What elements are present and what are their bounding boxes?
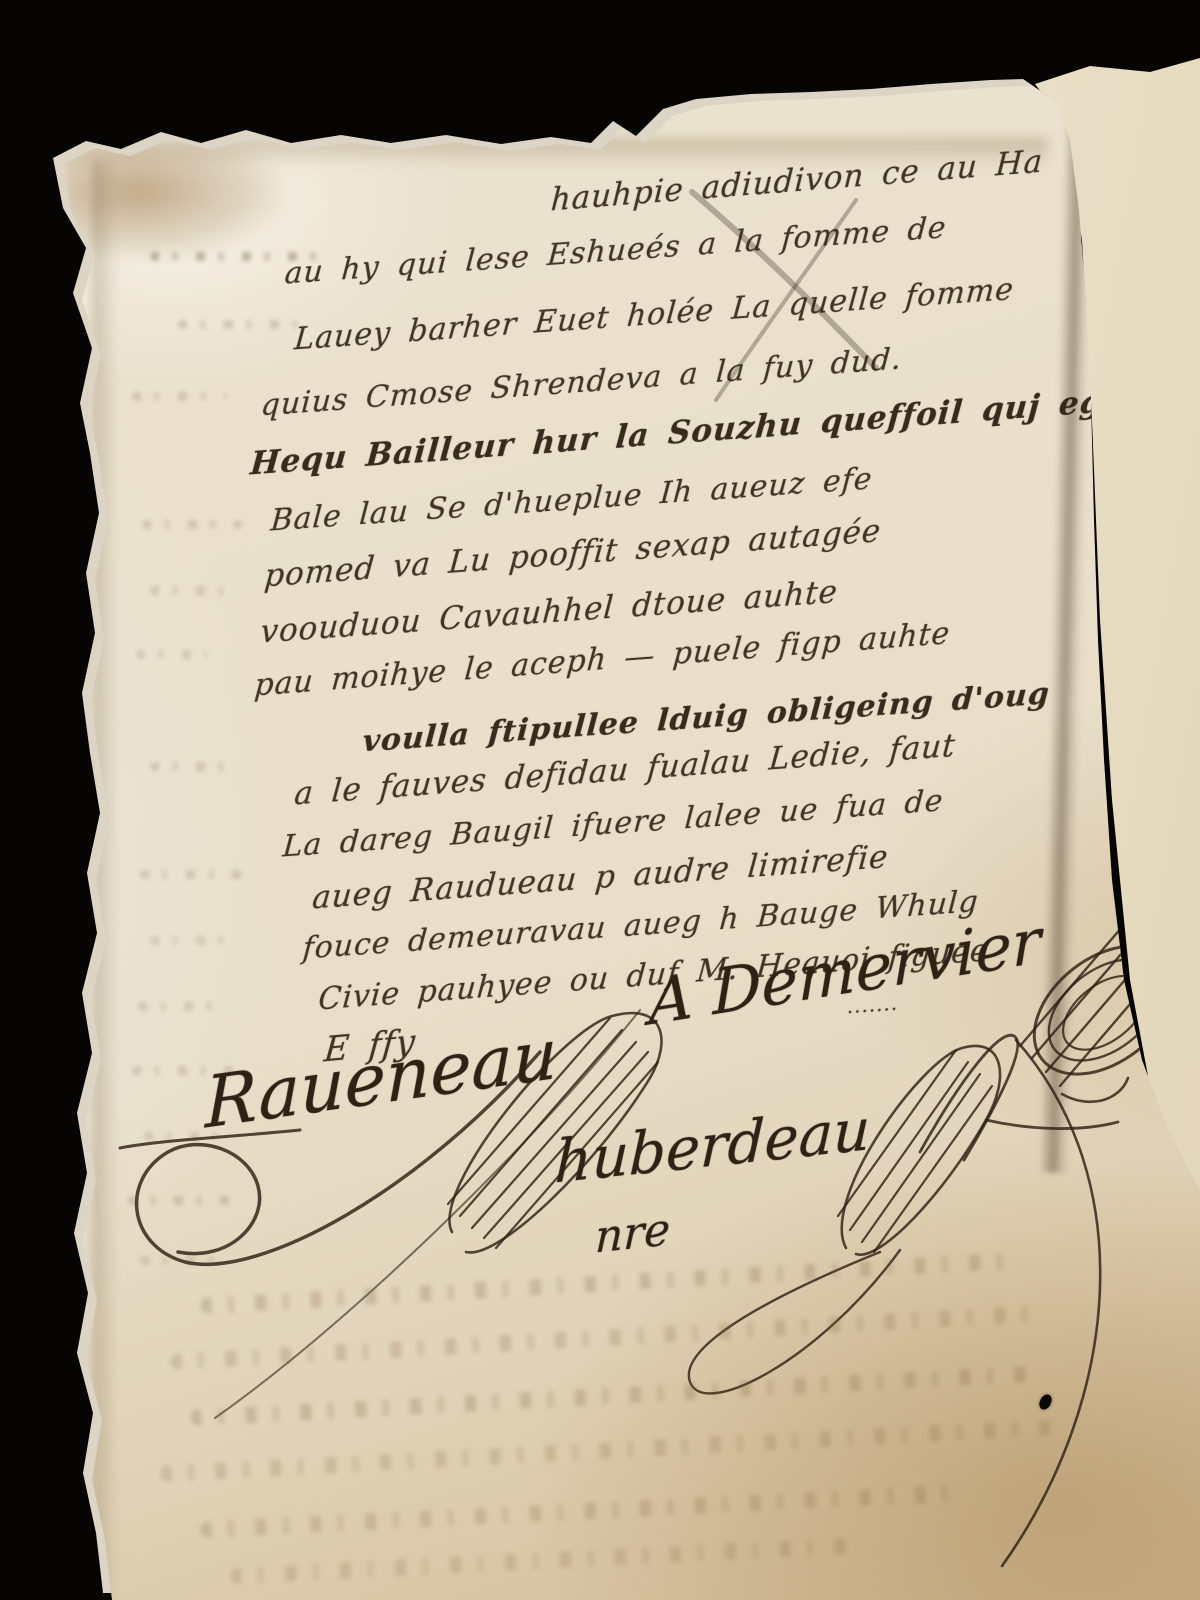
- bleedthrough-mark: [150, 586, 232, 595]
- bleedthrough-mark: [128, 1196, 240, 1205]
- bleedthrough-mark: [144, 1132, 226, 1141]
- bleedthrough-mark: [132, 1066, 234, 1075]
- manuscript-line: hauhpie adiudivon ce au Ha: [550, 143, 1044, 218]
- signature-huberdeau: huberdeau: [554, 1095, 872, 1197]
- bleedthrough-mark: [142, 520, 242, 529]
- photo-background: hauhpie adiudivon ce au Ha au hy qui les…: [0, 0, 1200, 1600]
- manuscript-line: au hy qui lese Eshueés a la fomme de: [284, 210, 948, 292]
- corner-stain: [62, 148, 282, 258]
- paper-hole: [1037, 1392, 1054, 1411]
- bleedthrough-row: [230, 1538, 850, 1584]
- bleedthrough-mark: [150, 762, 242, 771]
- bleedthrough-row: [170, 1305, 1050, 1370]
- manuscript-page: hauhpie adiudivon ce au Ha au hy qui les…: [0, 0, 1200, 1600]
- bleedthrough-mark: [150, 252, 320, 261]
- bleedthrough-mark: [150, 936, 232, 945]
- bleedthrough-mark: [178, 320, 298, 329]
- bleedthrough-mark: [138, 1002, 230, 1011]
- bleedthrough-mark: [140, 1256, 232, 1265]
- bleedthrough-mark: [140, 870, 252, 879]
- bleedthrough-row: [200, 1485, 960, 1538]
- bleedthrough-mark: [136, 650, 208, 659]
- bleedthrough-mark: [132, 392, 227, 401]
- bleedthrough-row: [160, 1419, 1060, 1482]
- signature-huberdeau-title: nre: [594, 1204, 671, 1263]
- manuscript-line: Lauey barher Euet holée La quelle fomme: [293, 272, 1016, 358]
- bleedthrough-row: [190, 1366, 1030, 1426]
